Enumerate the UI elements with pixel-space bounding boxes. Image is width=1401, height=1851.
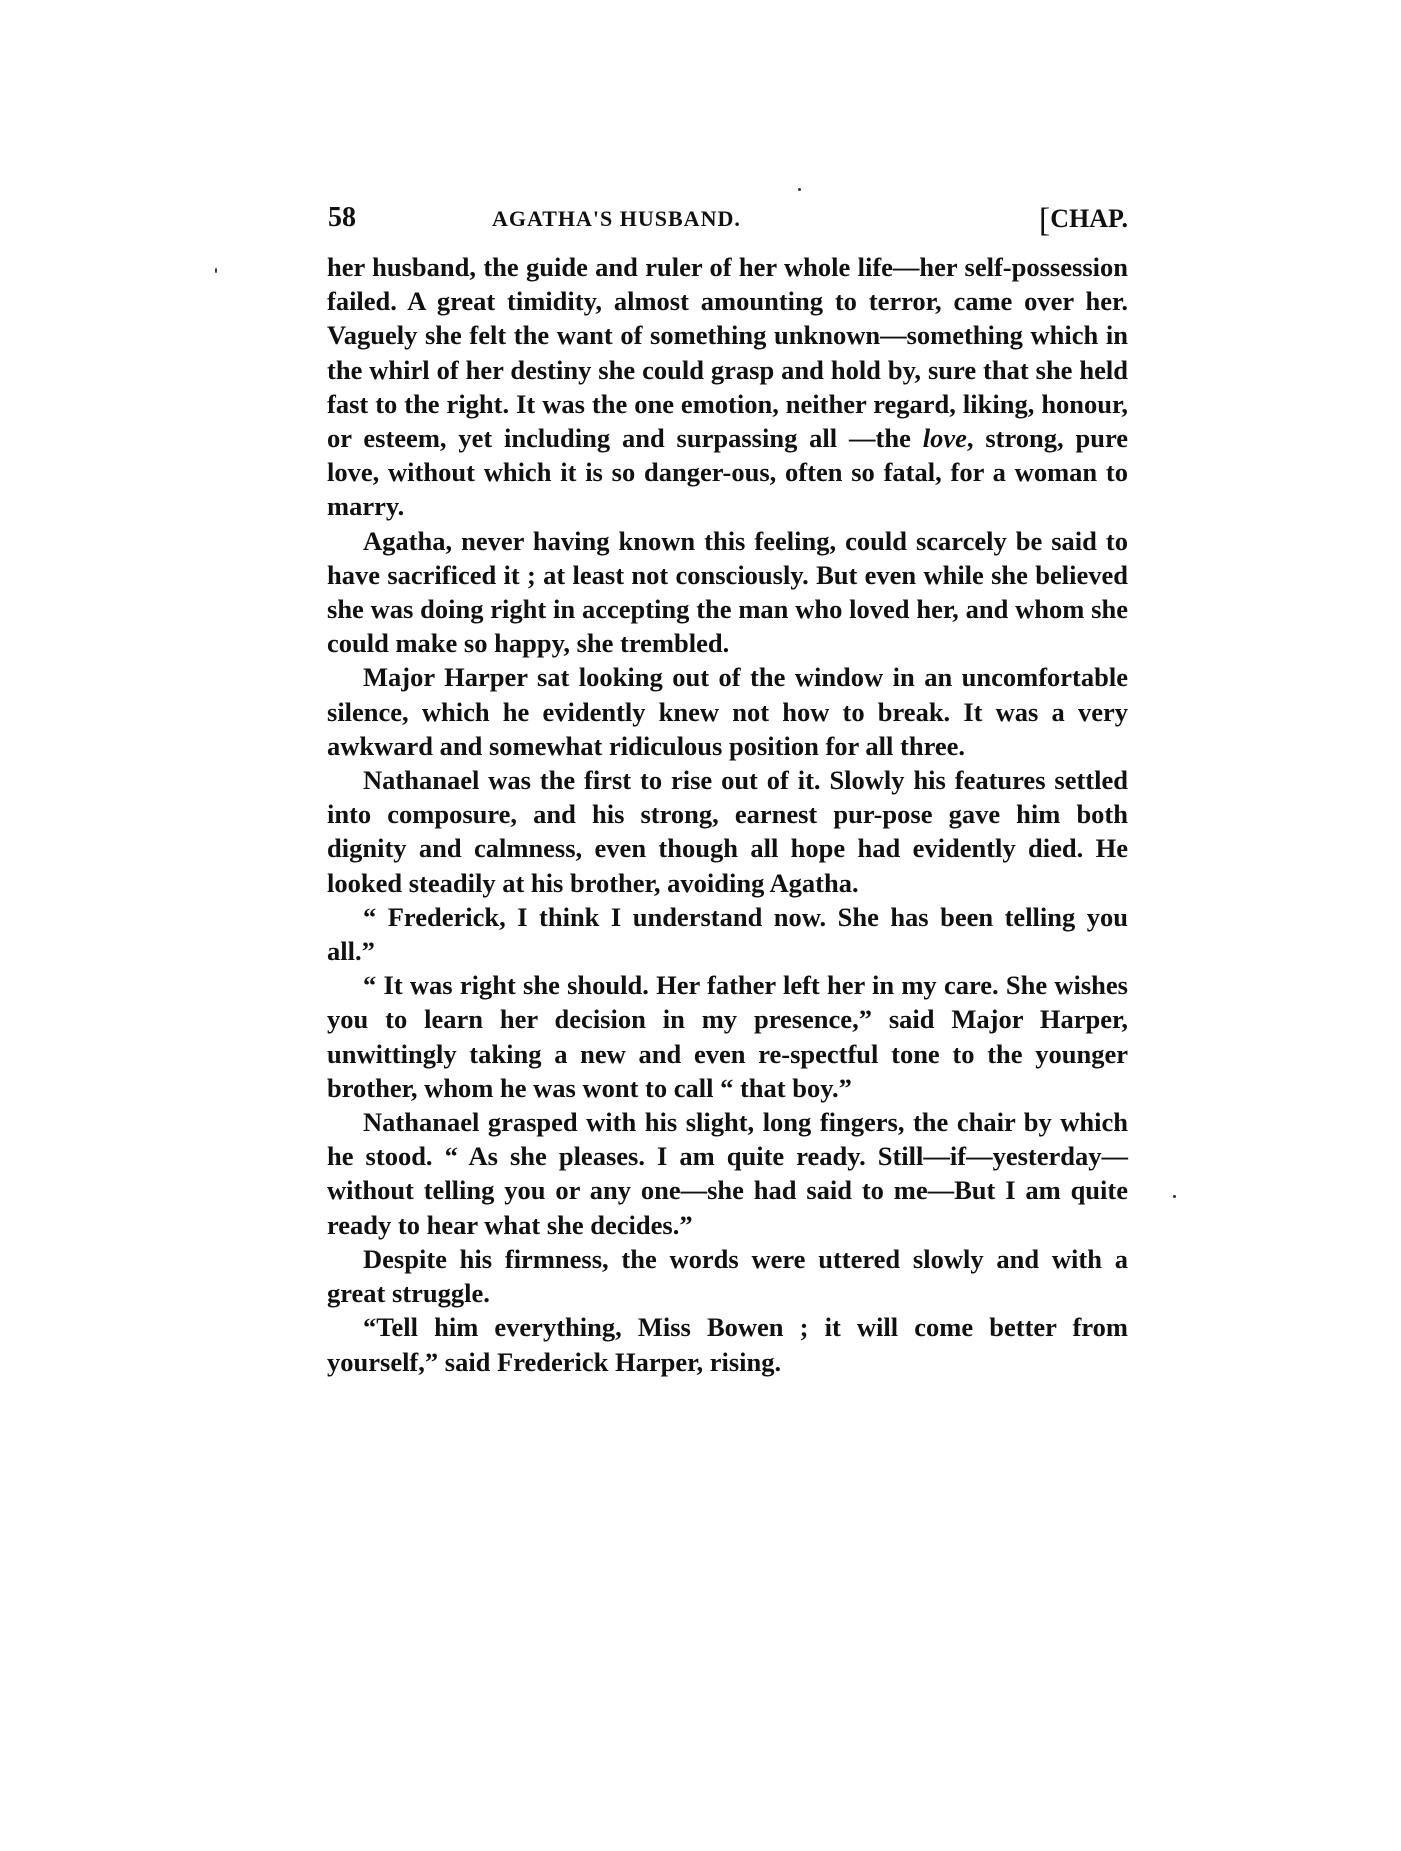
scan-speck <box>798 188 801 191</box>
paragraph-text: “ Frederick, I think I understand now. S… <box>327 902 1128 966</box>
paragraph-text: “Tell him everything, Miss Bowen ; it wi… <box>327 1312 1128 1376</box>
paragraph: Nathanael was the first to rise out of i… <box>327 763 1128 900</box>
paragraph: Despite his firmness, the words were utt… <box>327 1242 1128 1310</box>
dialogue-paragraph: “ Frederick, I think I understand now. S… <box>327 900 1128 968</box>
emphasis-text: love <box>923 423 967 453</box>
paragraph: Nathanael grasped with his slight, long … <box>327 1105 1128 1242</box>
running-title: AGATHA'S HUSBAND. <box>492 206 741 232</box>
chapter-bracket: [ <box>1039 202 1050 239</box>
book-page: 58 AGATHA'S HUSBAND. [CHAP. her husband,… <box>0 0 1401 1851</box>
paragraph-text: Nathanael was the first to rise out of i… <box>327 765 1128 898</box>
dialogue-paragraph: “Tell him everything, Miss Bowen ; it wi… <box>327 1310 1128 1378</box>
paragraph-text: Agatha, never having known this feeling,… <box>327 526 1128 659</box>
chapter-marker: [CHAP. <box>1039 202 1128 240</box>
scan-speck <box>1173 1195 1176 1198</box>
paragraph: Major Harper sat looking out of the wind… <box>327 660 1128 763</box>
page-number: 58 <box>328 202 356 234</box>
paragraph-text: Despite his firmness, the words were utt… <box>327 1244 1128 1308</box>
dialogue-paragraph: “ It was right she should. Her father le… <box>327 968 1128 1105</box>
body-text: her husband, the guide and ruler of her … <box>327 250 1128 1379</box>
running-header: 58 AGATHA'S HUSBAND. [CHAP. <box>328 202 1128 242</box>
paragraph-text: “ It was right she should. Her father le… <box>327 970 1128 1103</box>
paragraph-text: Major Harper sat looking out of the wind… <box>327 662 1128 760</box>
scan-speck <box>215 268 217 273</box>
paragraph-text: Nathanael grasped with his slight, long … <box>327 1107 1128 1240</box>
chapter-label: CHAP. <box>1050 204 1128 233</box>
paragraph: Agatha, never having known this feeling,… <box>327 524 1128 661</box>
paragraph: her husband, the guide and ruler of her … <box>327 250 1128 524</box>
